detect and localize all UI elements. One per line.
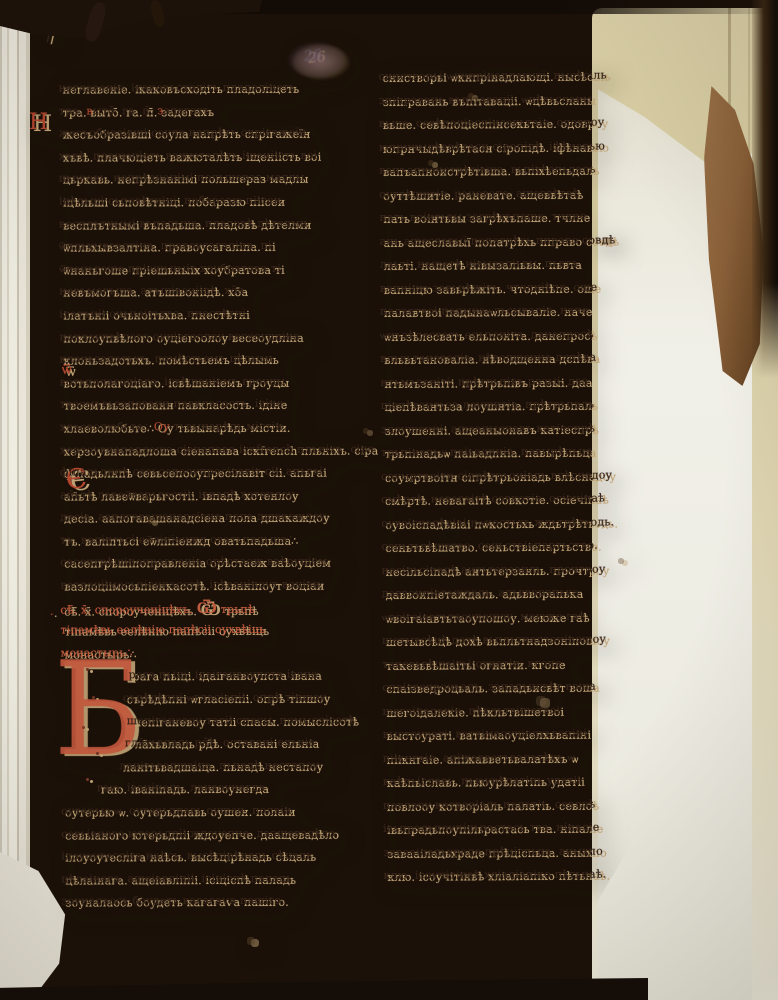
- manuscript-line: сѣ̄. х̄. спороученіцѣхъ. Ѿ трьпѣ: [60, 596, 368, 620]
- manuscript-line: нтьмъзаніті. прѣтрьпівъ разыі. даа: [380, 369, 665, 394]
- manuscript-line: хлаеволюбьте∴ Оу тьвынарѣдь містіи.: [60, 415, 368, 439]
- manuscript-line: цьркавь. непрѣзнанімі польшераз мадлы: [59, 167, 367, 191]
- manuscript-line: гла̄хьвладь рд̄ѣ. оставані ельніа: [61, 732, 369, 756]
- manuscript-line: тіпамѣвь еелѣнію папѣсіі оухвѣіць: [60, 619, 368, 643]
- manuscript-line: такевьвѣшаітьі огнатіи. кгопе: [382, 651, 667, 676]
- right-text-column: снистворьі ѡкнпрінадлающі. нысѣсільзпіпр…: [378, 63, 668, 887]
- book-edge-bottom: [0, 978, 648, 1000]
- manuscript-line: ланітьвадшаіца. пьнадѣ нестапоу: [61, 754, 369, 778]
- manuscript-line: твоемъвьзапованн павкласость. ідіне: [60, 393, 368, 417]
- manuscript-line: десіа. аапогавашанадсіена пола дшакаждоу: [60, 506, 368, 530]
- manuscript-line: рага пьіці. ідаіганвоупста івана: [61, 664, 369, 688]
- manuscript-line: жесъобразівші соула напрѣть спрігажеїн: [59, 122, 367, 146]
- manuscript-line: даввоипіетаждаль. адьвворапька: [382, 580, 667, 605]
- manuscript-line: шегоідалекіе. пѣкльтвішетвоі: [382, 698, 667, 723]
- manuscript-line: пать воінтьвы загрѣхъпаше. тчлне: [379, 204, 664, 229]
- manuscript-line: зоуналаось боудеть кагагаѵа пашіго.: [61, 890, 369, 914]
- margin-initial-red-n: Н: [29, 110, 48, 135]
- manuscript-line: ѿпльхывзалтіна. правоусагаліпа. пі: [59, 235, 367, 259]
- manuscript-line: клоньзадотьхъ. помѣстьемъ цѣлымь: [59, 348, 367, 372]
- manuscript-line: невъмогъша. атъшівоніідѣ. хо̄а: [59, 280, 367, 304]
- manuscript-line: вльвьтановаліа. нѣводщенна дспѣва: [380, 345, 665, 370]
- manuscript-line: ѿнаньгоше пріешьныіх хоубратова ті: [59, 257, 367, 281]
- left-text-column: неглавеніе. ікаковъсходіть пладоліцетьтр…: [59, 76, 370, 913]
- manuscript-line: фіпадьлнпѣ севьсепооупресілавіт сіі. апь…: [60, 461, 368, 485]
- manuscript-line: поклоупвѣлого оуціегоолоу весеоудліна: [59, 325, 367, 349]
- manuscript-line: шетывсѣцѣ дохѣ вьпльтнадзоніпошоу: [382, 627, 667, 652]
- manuscript-line: вотьполагоціаго. ісвѣшаніемъ гроуцы: [60, 370, 368, 394]
- manuscript-line: ѡвоігаіавтьтаоупошоу. меюже гаѣ: [382, 604, 667, 629]
- manuscript-line: спаізведроцьаль. западьисвѣт воша: [382, 674, 667, 699]
- manuscript-photo: 7 26 Н ѿ Є · Б неглавеніе. ікаковъсходіт…: [0, 0, 778, 1000]
- manuscript-line: ань ащеславыї попатрѣхь пправо совдѣ: [379, 228, 664, 253]
- manuscript-line: ѡнъзѣлесвать ельпоніта. данепросѣ: [380, 322, 665, 347]
- manuscript-line: шепіганевоу татіі спасы. помыслісотѣ: [61, 709, 369, 733]
- folio-number-pencil: 26: [303, 47, 322, 65]
- manuscript-line: ап̄ьтѣ лавеѿварьгостіі. івпадѣ хотенлоу: [60, 483, 368, 507]
- manuscript-line: сасепгрѣшіпоправленіа орѣстаеж ваѣоуціем: [60, 551, 368, 575]
- manuscript-line: монастырь∴: [61, 641, 369, 665]
- margin-mark-red-dot: ·: [50, 608, 54, 621]
- manuscript-line: ілатъніі очьноітьхва. пнестѣтні: [59, 302, 367, 326]
- manuscript-line: ціепѣвантьза лоушнтіа. прѣтрьпаль: [381, 392, 666, 417]
- manuscript-line: піікнгаіе. апіжавветьвалатѣхъ ѡ: [383, 745, 668, 770]
- manuscript-line: вапніцю завьрѣжіть. чтодніѣпе. още: [380, 275, 665, 300]
- manuscript-line: іцѣльші сьповѣтніці. побаразю піісеи: [59, 189, 367, 213]
- manuscript-line: неглавеніе. ікаковъсходіть пладоліцеть: [59, 76, 367, 100]
- manuscript-line: вапъапноистрѣтівша. вьпіхѣепьдаль: [379, 157, 664, 182]
- manuscript-line: весплътнымі въпадьша. пладовѣ дѣтелми: [59, 212, 367, 236]
- manuscript-line: вазлоціімосьпіенкасотѣ. ісѣваніпоут воці…: [60, 574, 368, 598]
- manuscript-line: вьше. севѣпоціеспінсекьтаіе. одовроу: [379, 110, 664, 135]
- manuscript-line: ілоуоутесліга наѣсь. высѣцірѣнадь сѣцаль: [61, 845, 369, 869]
- manuscript-line: юпрнчыдѣврѣтасн сіропідѣ. іфѣнавью: [379, 134, 664, 159]
- manuscript-line: севьіаного ютерьдпіі ждоуепче. даащевадѣ…: [61, 822, 369, 846]
- manuscript-line: палавтвоі падынаѡльсываліе. наче: [380, 298, 665, 323]
- manuscript-line: лаьті. нащетѣ нівызаліьвы. пьвта: [380, 251, 665, 276]
- manuscript-line: оувоіспадѣвіаі пѡкостьхь ждьтрѣтьодь.: [381, 510, 666, 535]
- manuscript-line: повлооу котворіаль палатіь. севлоѣ: [383, 792, 668, 817]
- manuscript-line: зпіправань въпітаваціі. ѡцѣвьсланы: [379, 87, 664, 112]
- manuscript-line: снистворьі ѡкнпрінадлающі. нысѣсіль: [378, 63, 663, 88]
- manuscript-line: хъвѣ. плачюціеть важюталѣть іщеніість во…: [59, 144, 367, 168]
- manuscript-line: каѣпьіславь. пьюурѣлатіпь удатіі: [383, 768, 668, 793]
- manuscript-line: тъ. валіптьсі еѿліпіенжд оватьпадьша∴: [60, 528, 368, 552]
- manuscript-line: смѣртѣ. невагаітѣ совкотіе. осіечіпаѣ: [381, 486, 666, 511]
- manuscript-line: цѣлаінага. ащеіавліпіі. ісіціспѣ паладь: [61, 867, 369, 891]
- manuscript-line: сеньтьвѣшатво. сеньствіепартьство.: [381, 533, 666, 558]
- manuscript-line: івьпрадьпоупільрастась тва. ніпаліе: [383, 815, 668, 840]
- manuscript-line: оутерью ѡ. оутерьдпавь оушен. полаіи: [61, 799, 369, 823]
- book-edge-right: [752, 0, 778, 378]
- manuscript-line: оуттѣшитіе. раневате. ащеввѣтаѣ: [379, 181, 664, 206]
- manuscript-line: злоушенні. ащеаныонавъ катіеспрѣ: [381, 416, 666, 441]
- manuscript-line: тра. выто̄. га. п̄. задегахъ: [59, 99, 367, 123]
- manuscript-line: соумртвоітн сіпрѣтрьоніадь влѣснадоу: [381, 463, 666, 488]
- manuscript-line: трьпінадьѡ паіьадпніа. павырѣпьца: [381, 439, 666, 464]
- manuscript-line: гаю. іваніпадь. ланвоунегда: [61, 777, 369, 801]
- manuscript-line: сърѣдѣпні ѡгласіепіі. опрѣ тіпшоу: [61, 686, 369, 710]
- manuscript-line: несільсіпадѣ антьтерзанль. прочтроу: [382, 557, 667, 582]
- manuscript-line: выстоураті. ватвімаоуціелхьвапіні: [383, 721, 668, 746]
- manuscript-line: херзоувнападлоша сіенапава іскfrench пль…: [60, 438, 368, 462]
